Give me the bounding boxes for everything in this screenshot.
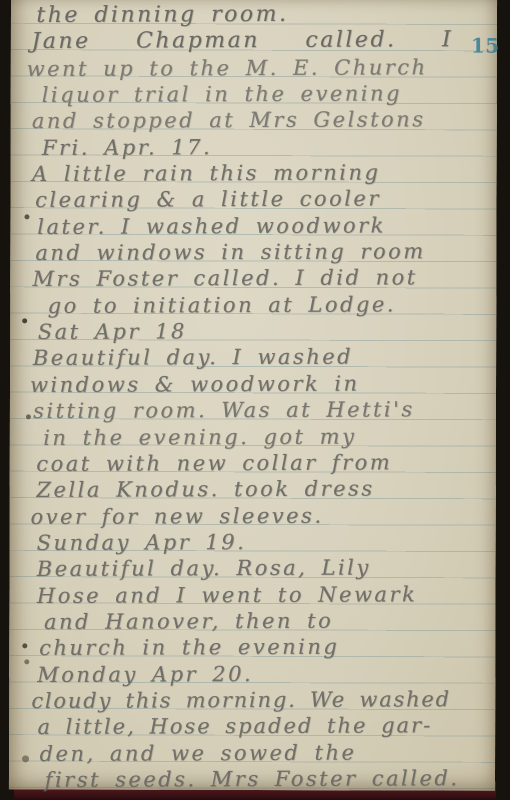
handwriting-line: a little, Hose spaded the gar- <box>29 712 493 740</box>
handwriting-line: over for new sleeves. <box>28 502 492 530</box>
handwriting-line: Sunday Apr 19. <box>29 528 493 556</box>
handwriting-line: clearing & a little cooler <box>27 185 491 213</box>
diary-page: the dinning room. Jane Chapman called. I… <box>9 0 497 791</box>
handwriting-line: Beautiful day. Rosa, Lily <box>29 554 493 582</box>
handwriting-block: the dinning room. Jane Chapman called. I… <box>26 1 493 793</box>
handwriting-line: Monday Apr 20. <box>29 660 493 688</box>
handwriting-line: the dinning room. <box>26 1 490 29</box>
handwriting-line: coat with new collar from <box>28 449 492 477</box>
handwriting-line: later. I washed woodwork <box>27 212 491 240</box>
handwriting-line: sitting room. Was at Hetti's <box>28 396 492 424</box>
handwriting-line: Sat Apr 18 <box>28 317 492 345</box>
handwriting-line: den, and we sowed the <box>29 739 493 767</box>
handwriting-line: go to initiation at Lodge. <box>28 291 492 319</box>
handwriting-line: and stopped at Mrs Gelstons <box>27 106 491 134</box>
handwriting-line: church in the evening <box>29 633 493 661</box>
handwriting-line: Mrs Foster called. I did not <box>27 264 491 292</box>
handwriting-line: first seeds. Mrs Foster called. <box>30 765 494 793</box>
handwriting-line: and Hanover, then to <box>29 607 493 635</box>
handwriting-line: Beautiful day. I washed <box>28 343 492 371</box>
handwriting-line: A little rain this morning <box>27 159 491 187</box>
handwriting-line: Zella Knodus. took dress <box>28 475 492 503</box>
handwriting-line: in the evening. got my <box>28 423 492 451</box>
handwriting-line: Hose and I went to Newark <box>29 581 493 609</box>
handwriting-line: Fri. Apr. 17. <box>27 133 491 161</box>
handwriting-line: and windows in sitting room <box>27 238 491 266</box>
handwriting-line: liquor trial in the evening <box>27 80 491 108</box>
page-number: 15 <box>471 34 500 58</box>
handwriting-line: cloudy this morning. We washed <box>29 686 493 714</box>
handwriting-line: went up to the M. E. Church <box>26 54 490 82</box>
handwriting-line: Jane Chapman called. I <box>26 27 490 55</box>
handwriting-line: windows & woodwork in <box>28 370 492 398</box>
